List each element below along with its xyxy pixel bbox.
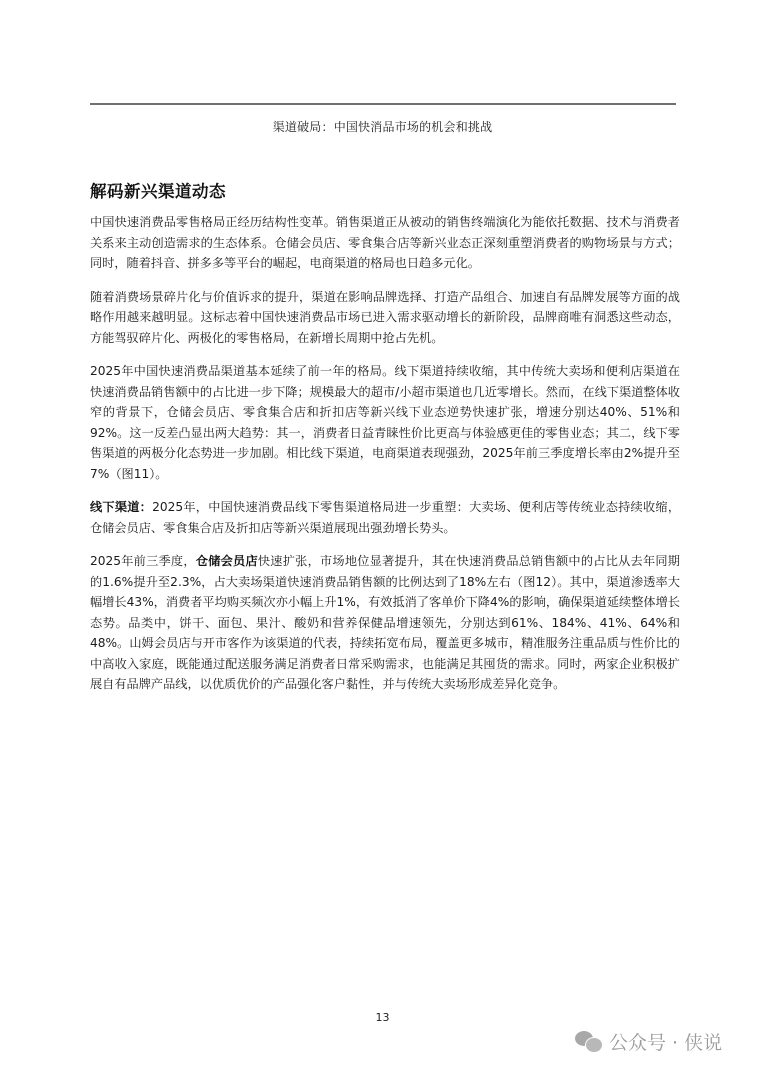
wechat-icon [575, 1031, 603, 1053]
watermark: 公众号 · 侠说 [575, 1028, 722, 1055]
running-title: 渠道破局：中国快消品市场的机会和挑战 [0, 118, 765, 135]
page-number: 13 [0, 1011, 765, 1024]
paragraph-prefix: 2025年前三季度， [90, 554, 196, 568]
header-divider [90, 103, 676, 105]
watermark-text: 公众号 · 侠说 [609, 1028, 722, 1055]
paragraph-text: 中国快速消费品零售格局正经历结构性变革。销售渠道正从被动的销售终端演化为能依托数… [90, 215, 680, 270]
paragraph-offline-channels: 线下渠道：2025年，中国快速消费品线下零售渠道格局进一步重塑：大卖场、便利店等… [90, 497, 680, 538]
paragraph-text: 随着消费场景碎片化与价值诉求的提升，渠道在影响品牌选择、打造产品组合、加速自有品… [90, 290, 680, 345]
paragraph-text: 2025年中国快速消费品渠道基本延续了前一年的格局。线下渠道持续收缩，其中传统大… [90, 364, 680, 481]
paragraph-text: 快速扩张，市场地位显著提升，其在快速消费品总销售额中的占比从去年同期的1.6%提… [90, 554, 680, 691]
paragraph-intro: 中国快速消费品零售格局正经历结构性变革。销售渠道正从被动的销售终端演化为能依托数… [90, 212, 680, 274]
paragraph-warehouse-clubs: 2025年前三季度，仓储会员店快速扩张，市场地位显著提升，其在快速消费品总销售额… [90, 551, 680, 695]
paragraph-lead: 线下渠道： [90, 500, 152, 514]
paragraph-emphasis: 仓储会员店 [196, 554, 258, 568]
paragraph-channel-overview: 2025年中国快速消费品渠道基本延续了前一年的格局。线下渠道持续收缩，其中传统大… [90, 361, 680, 484]
paragraph-text: 2025年，中国快速消费品线下零售渠道格局进一步重塑：大卖场、便利店等传统业态持… [90, 500, 680, 535]
section-title: 解码新兴渠道动态 [90, 178, 226, 202]
body-content: 中国快速消费品零售格局正经历结构性变革。销售渠道正从被动的销售终端演化为能依托数… [90, 212, 680, 708]
paragraph-strategy: 随着消费场景碎片化与价值诉求的提升，渠道在影响品牌选择、打造产品组合、加速自有品… [90, 287, 680, 349]
